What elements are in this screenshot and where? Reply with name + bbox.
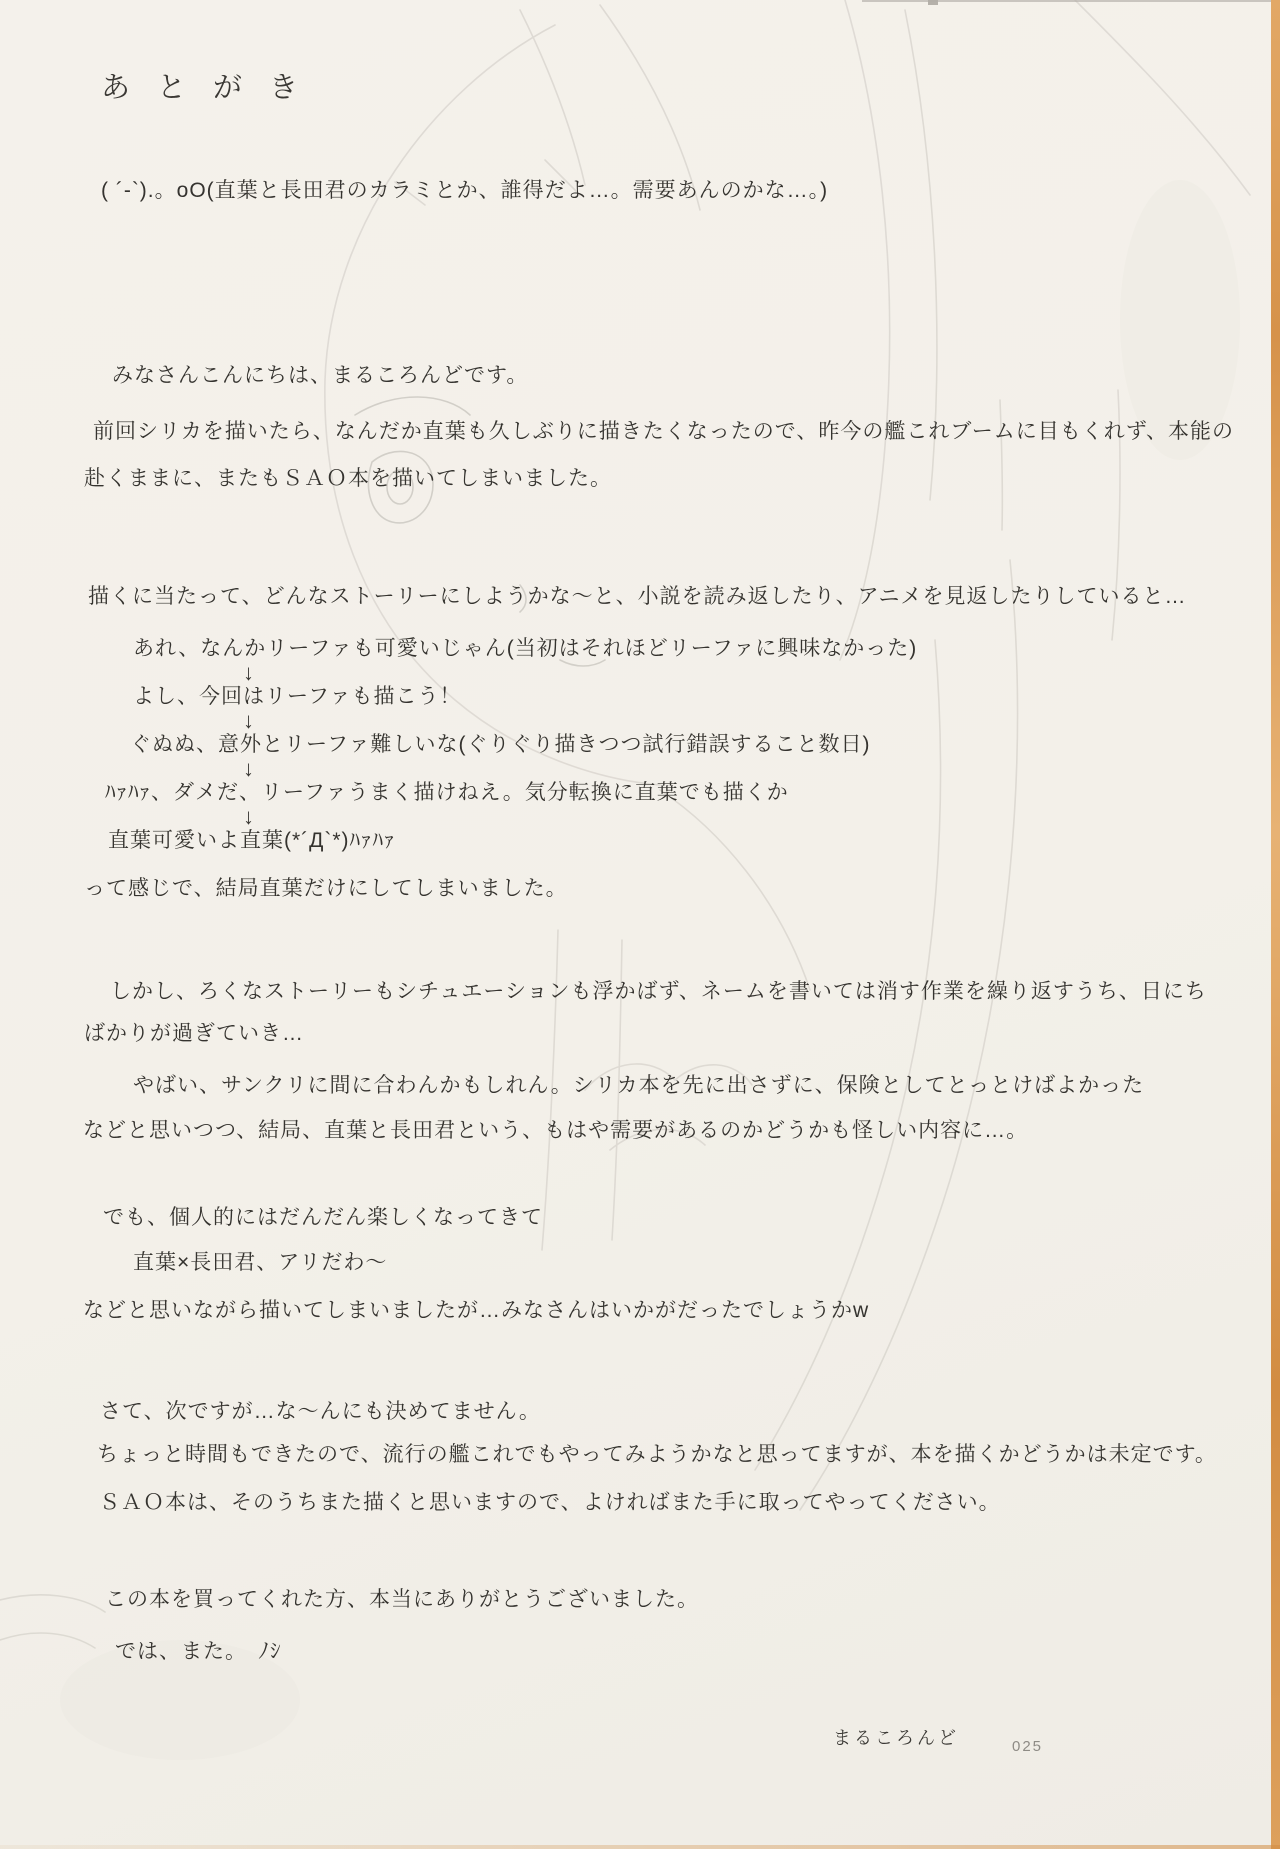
page-edge-right xyxy=(1271,0,1280,1849)
flow-step-3: ぐぬぬ、意外とリーファ難しいな(ぐりぐり描きつつ試行錯誤すること数日) xyxy=(130,733,871,757)
future-line-1: さて、次ですが…な～んにも決めてません。 xyxy=(100,1400,541,1424)
thanks-line-2: では、また。 ﾉｼ xyxy=(115,1640,282,1664)
greeting-line: みなさんこんにちは、まるころんどです。 xyxy=(112,364,528,388)
struggle-line-3: やばい、サンクリに間に合わんかもしれん。シリカ本を先に出さずに、保険としてとっと… xyxy=(133,1074,1144,1098)
background-sketch xyxy=(0,0,1280,1849)
flow-step-2: よし、今回はリーファも描こう！ xyxy=(133,685,462,709)
afterword-page: あとがき ( ´-`).。oO(直葉と長田君のカラミとか、誰得だよ…。需要あんの… xyxy=(0,0,1280,1849)
flow-step-5: 直葉可愛いよ直葉(*´Д`*)ﾊｧﾊｧ xyxy=(108,829,396,853)
struggle-line-2: ばかりが過ぎていき… xyxy=(84,1022,304,1046)
struggle-line-1: しかし、ろくなストーリーもシチュエーションも浮かばず、ネームを書いては消す作業を… xyxy=(110,980,1207,1004)
flow-step-1: あれ、なんかリーファも可愛いじゃん(当初はそれほどリーファに興味なかった) xyxy=(133,637,917,661)
thanks-line-1: この本を買ってくれた方、本当にありがとうございました。 xyxy=(105,1588,699,1612)
struggle-line-4: などと思いつつ、結局、直葉と長田君という、もはや需要があるのかどうかも怪しい内容… xyxy=(83,1119,1028,1143)
enjoyment-line-3: などと思いながら描いてしまいましたが…みなさんはいかがだったでしょうかw xyxy=(83,1299,869,1323)
brainstorm-intro-line: 描くに当たって、どんなストーリーにしようかな～と、小説を読み返したり、アニメを見… xyxy=(88,585,1187,609)
flow-conclusion-line: って感じで、結局直葉だけにしてしまいました。 xyxy=(84,877,568,901)
future-line-2: ちょっと時間もできたので、流行の艦これでもやってみようかなと思ってますが、本を描… xyxy=(97,1443,1217,1467)
intro-line-1: 前回シリカを描いたら、なんだか直葉も久しぶりに描きたくなったので、昨今の艦これブ… xyxy=(93,420,1234,444)
page-title: あとがき xyxy=(101,72,325,105)
down-arrow-icon: ↓ xyxy=(243,660,255,685)
author-credit: まるころんど xyxy=(833,1728,959,1749)
flow-step-4: ﾊｧﾊｧ、ダメだ、リーファうまく描けねえ。気分転換に直葉でも描くか xyxy=(105,781,789,805)
down-arrow-icon: ↓ xyxy=(243,804,255,829)
enjoyment-line-2: 直葉×長田君、アリだわ～ xyxy=(133,1251,387,1275)
down-arrow-icon: ↓ xyxy=(243,708,255,733)
page-edge-bottom xyxy=(0,1845,1280,1849)
thought-bubble-line: ( ´-`).。oO(直葉と長田君のカラミとか、誰得だよ…。需要あんのかな…。) xyxy=(101,179,828,203)
scan-edge-top xyxy=(862,0,1280,2)
page-number: 025 xyxy=(1012,1738,1043,1755)
intro-line-2: 赴くままに、またもＳＡＯ本を描いてしまいました。 xyxy=(84,467,612,491)
future-line-3: ＳＡＯ本は、そのうちまた描くと思いますので、よければまた手に取ってやってください… xyxy=(99,1491,1001,1515)
down-arrow-icon: ↓ xyxy=(243,756,255,781)
enjoyment-line-1: でも、個人的にはだんだん楽しくなってきて xyxy=(103,1206,543,1230)
